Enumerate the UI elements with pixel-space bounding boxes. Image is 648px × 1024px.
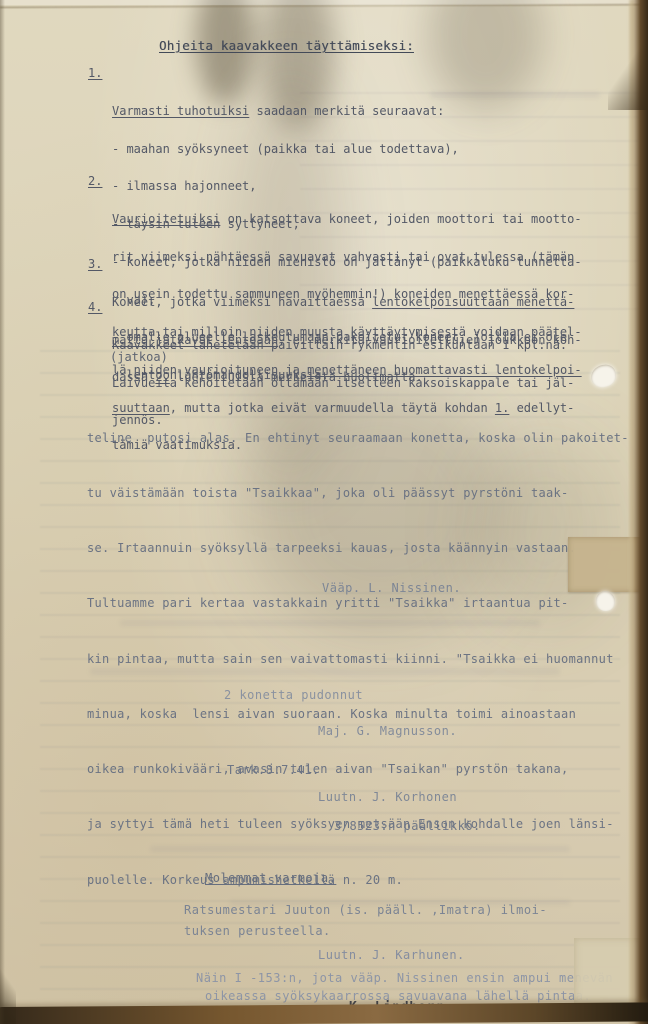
item-number: 1. — [88, 67, 102, 80]
underlined-text: Vaurioitetuiksi — [112, 212, 220, 226]
signature-korhonen: Luutn. J. Korhonen — [318, 790, 457, 804]
item-number: 4. — [88, 301, 102, 314]
witness-line-1: Näin I -153:n, jota vääp. Nissinen ensin… — [196, 971, 613, 985]
confirmation-line-2: tuksen perusteella. — [184, 924, 331, 938]
page-title: Ohjeita kaavakkeen täyttämiseksi: — [159, 38, 414, 53]
page-stack-edge-right — [628, 0, 648, 1024]
narrative-line: minua, koska lensi aivan suoraan. Koska … — [87, 705, 629, 723]
confirmation-line-1: Ratsumestari Juuton (is. pääll. ,Imatra)… — [184, 903, 547, 917]
narrative-line: tu väistämään toista "Tsaikkaa", joka ol… — [87, 484, 629, 502]
page-stack-edge-bottom — [0, 1002, 648, 1024]
checked-date: Tark.8.7.41. — [227, 763, 320, 777]
note-planes-downed: 2 konetta pudonnut — [224, 688, 363, 702]
confirmation-heading: Molemmat varmoja. — [205, 871, 336, 885]
narrative-line: teline putosi alas. En ehtinyt seuraamaa… — [87, 429, 629, 447]
signature-karhunen: Luutn. J. Karhunen. — [318, 948, 465, 962]
continuation-label: (jatkoa) — [110, 350, 168, 364]
bullet-line: - maahan syöksyneet (paikka tai alue tod… — [112, 143, 623, 156]
item-line: Laivueita kehoitetaan ottamaan itselleen… — [112, 377, 623, 390]
item-line: Varmasti tuhotuiksi saadaan merkitä seur… — [112, 105, 623, 118]
narrative-line: se. Irtaannuin syöksyllä tarpeeksi kauas… — [87, 539, 629, 557]
item-line: Vaurioitetuiksi on katsottava koneet, jo… — [112, 213, 623, 226]
item-lead: Varmasti tuhotuiksi — [112, 104, 249, 118]
item-line: Kaavakkeet lähetetään päivittäin rykment… — [112, 339, 623, 352]
item-number: 2. — [88, 175, 102, 188]
page-corner-top-right — [608, 0, 648, 110]
item-number: 3. — [88, 258, 102, 271]
hole-punch-bottom — [596, 591, 615, 611]
item-text: on katsottava koneet, joiden moottori ta… — [220, 212, 581, 226]
document-photo: Ohjeita kaavakkeen täyttämiseksi: 1. Var… — [0, 0, 648, 1024]
narrative-line: oikea runkokivääri, avasin tulen aivan "… — [87, 760, 629, 778]
item-lead-rest: saadaan merkitä seuraavat: — [249, 104, 444, 118]
korhonen-title: 3/8523:n päällikkö. — [334, 819, 481, 833]
narrative-line: kin pintaa, mutta sain sen vaivattomasti… — [87, 650, 629, 668]
combat-narrative: teline putosi alas. En ehtinyt seuraamaa… — [87, 392, 629, 926]
signature-nissinen: Vääp. L. Nissinen. — [322, 581, 461, 595]
page-edge-left — [0, 0, 5, 1024]
signature-magnusson: Maj. G. Magnusson. — [318, 724, 457, 738]
narrative-line: Tultuamme pari kertaa vastakkain yritti … — [87, 594, 629, 612]
narrative-line: puolelle. Korkeus ampumishetkellä n. 20 … — [87, 871, 629, 889]
